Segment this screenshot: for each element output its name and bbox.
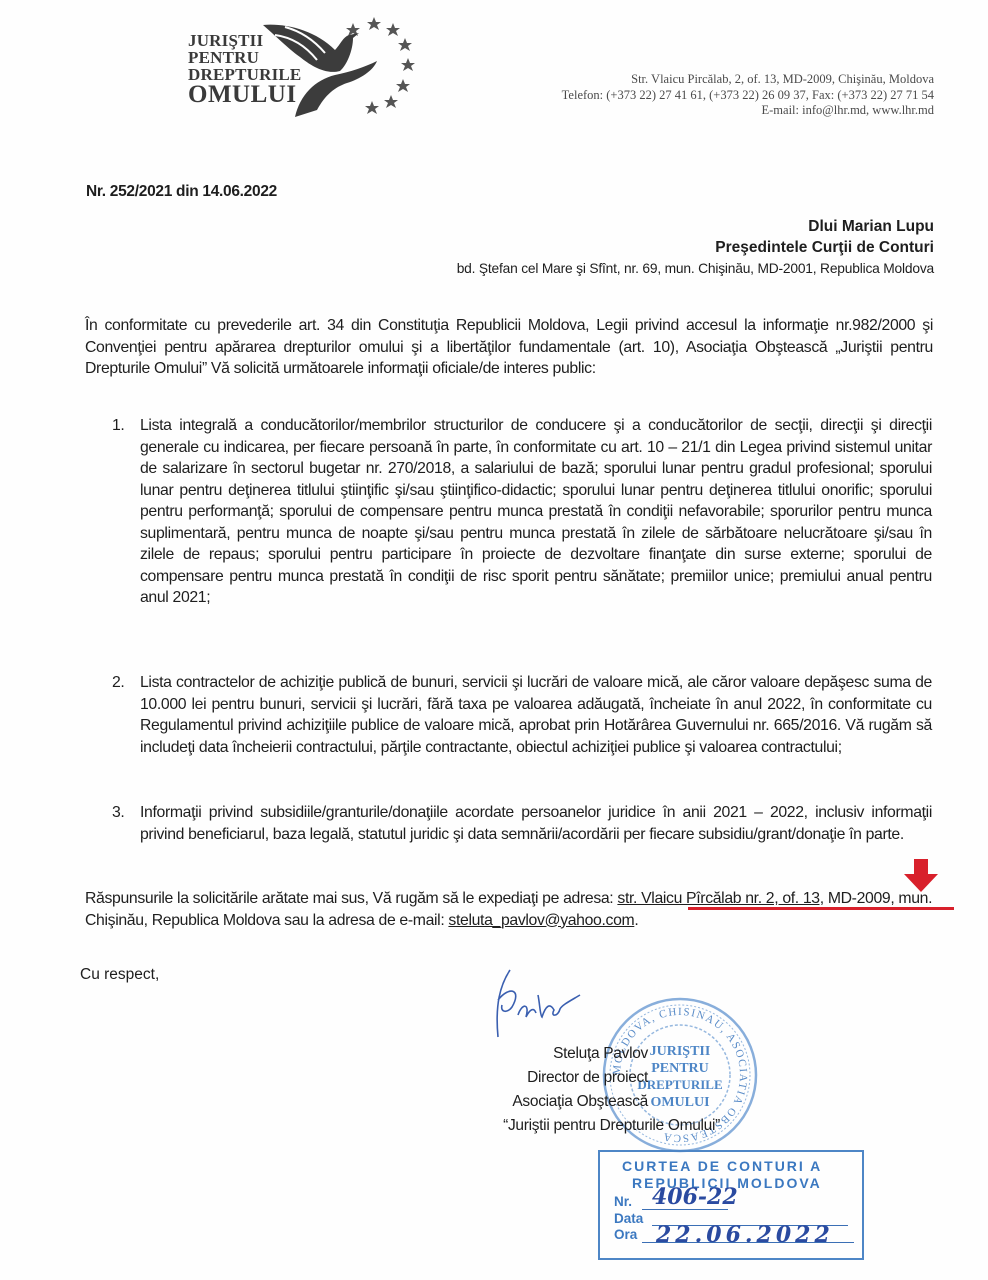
item-text: Lista integrală a conducătorilor/membril… (140, 415, 932, 609)
request-item: 2. Lista contractelor de achiziţie publi… (112, 672, 932, 758)
dove-hand-stars-icon (255, 5, 415, 120)
reply-email-link[interactable]: steluta_pavlov@yahoo.com (448, 912, 634, 929)
signatory-org-line2: “Juriştii pentru Drepturile Omului” (420, 1114, 720, 1138)
item-number: 2. (112, 672, 124, 694)
stamp-nr-label: Nr. (614, 1194, 632, 1209)
addressee-block: Dlui Marian Lupu Preşedintele Curţii de … (457, 216, 934, 279)
addressee-title: Preşedintele Curţii de Conturi (457, 237, 934, 258)
red-down-arrow-icon (903, 859, 939, 893)
stamp-line-1: CURTEA DE CONTURI A (622, 1158, 822, 1174)
item-number: 3. (112, 802, 124, 824)
intro-paragraph: În conformitate cu prevederile art. 34 d… (85, 315, 933, 380)
request-item: 3. Informaţii privind subsidiile/grantur… (112, 802, 932, 845)
signatory-name: Steluţa Pavlov (420, 1042, 648, 1066)
letterhead-contact: Str. Vlaicu Pircălab, 2, of. 13, MD-2009… (562, 72, 934, 119)
stamp-nr-value: 406-22 (652, 1184, 738, 1210)
item-number: 1. (112, 415, 124, 437)
org-email-web: E-mail: info@lhr.md, www.lhr.md (562, 103, 934, 119)
org-phone: Telefon: (+373 22) 27 41 61, (+373 22) 2… (562, 88, 934, 104)
closing-end: . (634, 912, 638, 929)
addressee-name: Dlui Marian Lupu (457, 216, 934, 237)
org-address: Str. Vlaicu Pircălab, 2, of. 13, MD-2009… (562, 72, 934, 88)
seal-line-3: DREPTURILE (637, 1077, 722, 1092)
salutation: Cu respect, (80, 966, 159, 984)
seal-line-4: OMULUI (650, 1095, 709, 1110)
signatory-block: Steluţa Pavlov Director de proiect Asoci… (420, 1042, 648, 1138)
item-text: Lista contractelor de achiziţie publică … (140, 672, 932, 758)
registration-stamp: CURTEA DE CONTURI A REPUBLICII MOLDOVA N… (598, 1150, 864, 1260)
signatory-position: Director de proiect (420, 1066, 648, 1090)
stamp-ora-label: Ora (614, 1227, 637, 1242)
reference-number: Nr. 252/2021 din 14.06.2022 (86, 183, 277, 201)
signatory-org-line1: Asociaţia Obştească (420, 1090, 648, 1114)
reply-address: str. Vlaicu Pîrcălab nr. 2, of. 13, (617, 890, 823, 907)
red-highlight-underline (688, 907, 954, 910)
seal-line-1: JURIŞTII (650, 1044, 711, 1059)
seal-line-2: PENTRU (651, 1061, 709, 1076)
addressee-address: bd. Ştefan cel Mare şi Sfînt, nr. 69, mu… (457, 258, 934, 279)
item-text: Informaţii privind subsidiile/granturile… (140, 802, 932, 845)
request-item: 1. Lista integrală a conducătorilor/memb… (112, 415, 932, 609)
stamp-ora-value: 22.06.2022 (656, 1222, 834, 1248)
stamp-data-label: Data (614, 1211, 643, 1226)
closing-text: Răspunsurile la solicitările arătate mai… (85, 890, 617, 907)
handwritten-signature (480, 965, 600, 1045)
